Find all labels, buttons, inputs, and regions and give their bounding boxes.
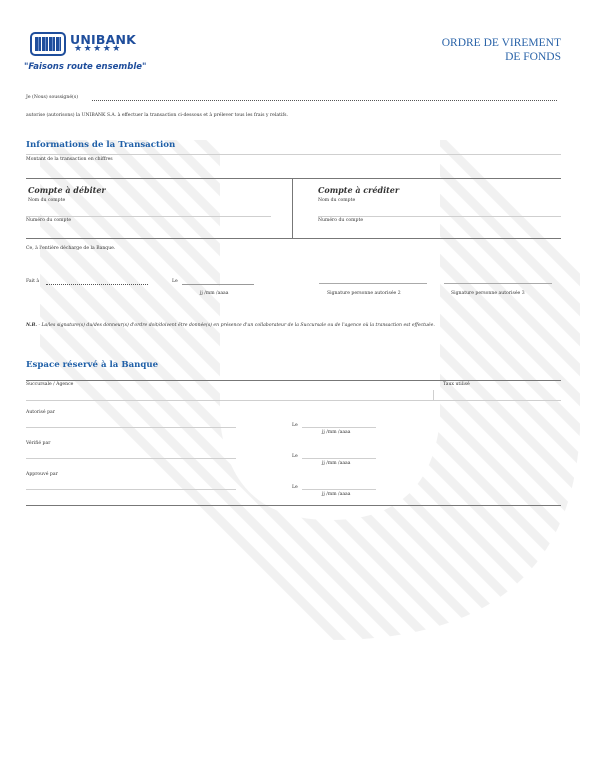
debit-number-label: Numéro du compte [26, 218, 71, 223]
authorized-date-label: Le [292, 423, 298, 428]
verified-date-label: Le [292, 454, 298, 459]
transaction-section-title: Informations de la Transaction [26, 140, 175, 150]
date-label: Le [172, 279, 178, 284]
authorized-date-field[interactable] [302, 427, 376, 428]
rate-label: Taux utilisé [443, 382, 470, 387]
verified-by-label: Vérifié par [26, 441, 50, 446]
authorized-date-format: jj /mm /aaaa [322, 430, 351, 435]
branch-label: Succursale / Agence [26, 382, 73, 387]
divider [26, 400, 561, 401]
divider [26, 505, 561, 506]
debit-number-field[interactable] [26, 224, 288, 236]
divider [318, 216, 561, 217]
discharge-text: Ce, à l'entière décharge de la Banque. [26, 246, 115, 251]
divider [26, 154, 561, 155]
signature2-field[interactable] [319, 283, 427, 284]
document-title: ORDRE DE VIREMENT DE FONDS [442, 36, 561, 64]
signature3-label: Signature personne autorisée 3 [451, 291, 525, 296]
undersigned-label: Je (Nous) soussigné(s) [26, 95, 78, 100]
date-format-hint: jj /mm /aaaa [200, 291, 229, 296]
star-rating-icon: ★★★★★ [74, 44, 122, 54]
date-field[interactable] [182, 284, 254, 285]
approved-by-label: Approuvé par [26, 472, 58, 477]
amount-field[interactable] [26, 163, 561, 177]
debit-name-field[interactable] [26, 203, 271, 215]
authorized-by-field[interactable] [26, 427, 236, 428]
undersigned-field[interactable] [92, 100, 557, 101]
authorized-by-label: Autorisé par [26, 410, 55, 415]
verified-by-field[interactable] [26, 458, 236, 459]
divider [26, 178, 561, 179]
rate-field[interactable] [436, 388, 561, 399]
column-divider [292, 178, 293, 238]
credit-account-title: Compte à créditer [318, 185, 399, 195]
divider [26, 380, 561, 381]
column-divider [433, 390, 434, 400]
document-title-line2: DE FONDS [442, 50, 561, 64]
approved-date-label: Le [292, 485, 298, 490]
transfer-order-form: UNIBANK ★★★★★ "Faisons route ensemble" O… [0, 0, 590, 760]
nb-prefix: N.B. [26, 323, 37, 328]
place-field[interactable] [46, 284, 148, 285]
debit-account-title: Compte à débiter [28, 185, 106, 195]
divider [26, 238, 561, 239]
signature2-label: Signature personne autorisée 2 [327, 291, 401, 296]
place-label: Fait à [26, 279, 39, 284]
verified-date-field[interactable] [302, 458, 376, 459]
branch-field[interactable] [26, 388, 431, 399]
approved-by-field[interactable] [26, 489, 236, 490]
verified-date-format: jj /mm /aaaa [322, 461, 351, 466]
approved-date-format: jj /mm /aaaa [322, 492, 351, 497]
amount-label: Montant de la transaction en chiffres [26, 157, 113, 162]
divider [26, 216, 271, 217]
unibank-logo-mark [30, 32, 66, 56]
credit-number-label: Numéro du compte [318, 218, 363, 223]
bank-section-title: Espace réservé à la Banque [26, 360, 158, 370]
signature3-field[interactable] [444, 283, 552, 284]
authorization-text: autorise (autorisons) la UNIBANK S.A. à … [26, 113, 288, 118]
credit-name-field[interactable] [318, 203, 561, 215]
brand-slogan: "Faisons route ensemble" [24, 62, 146, 72]
nb-text: - La/les signature(s) du/des donneur(s) … [37, 323, 435, 328]
document-title-line1: ORDRE DE VIREMENT [442, 36, 561, 50]
credit-number-field[interactable] [318, 224, 561, 236]
nb-note: N.B. - La/les signature(s) du/des donneu… [26, 323, 435, 328]
approved-date-field[interactable] [302, 489, 376, 490]
